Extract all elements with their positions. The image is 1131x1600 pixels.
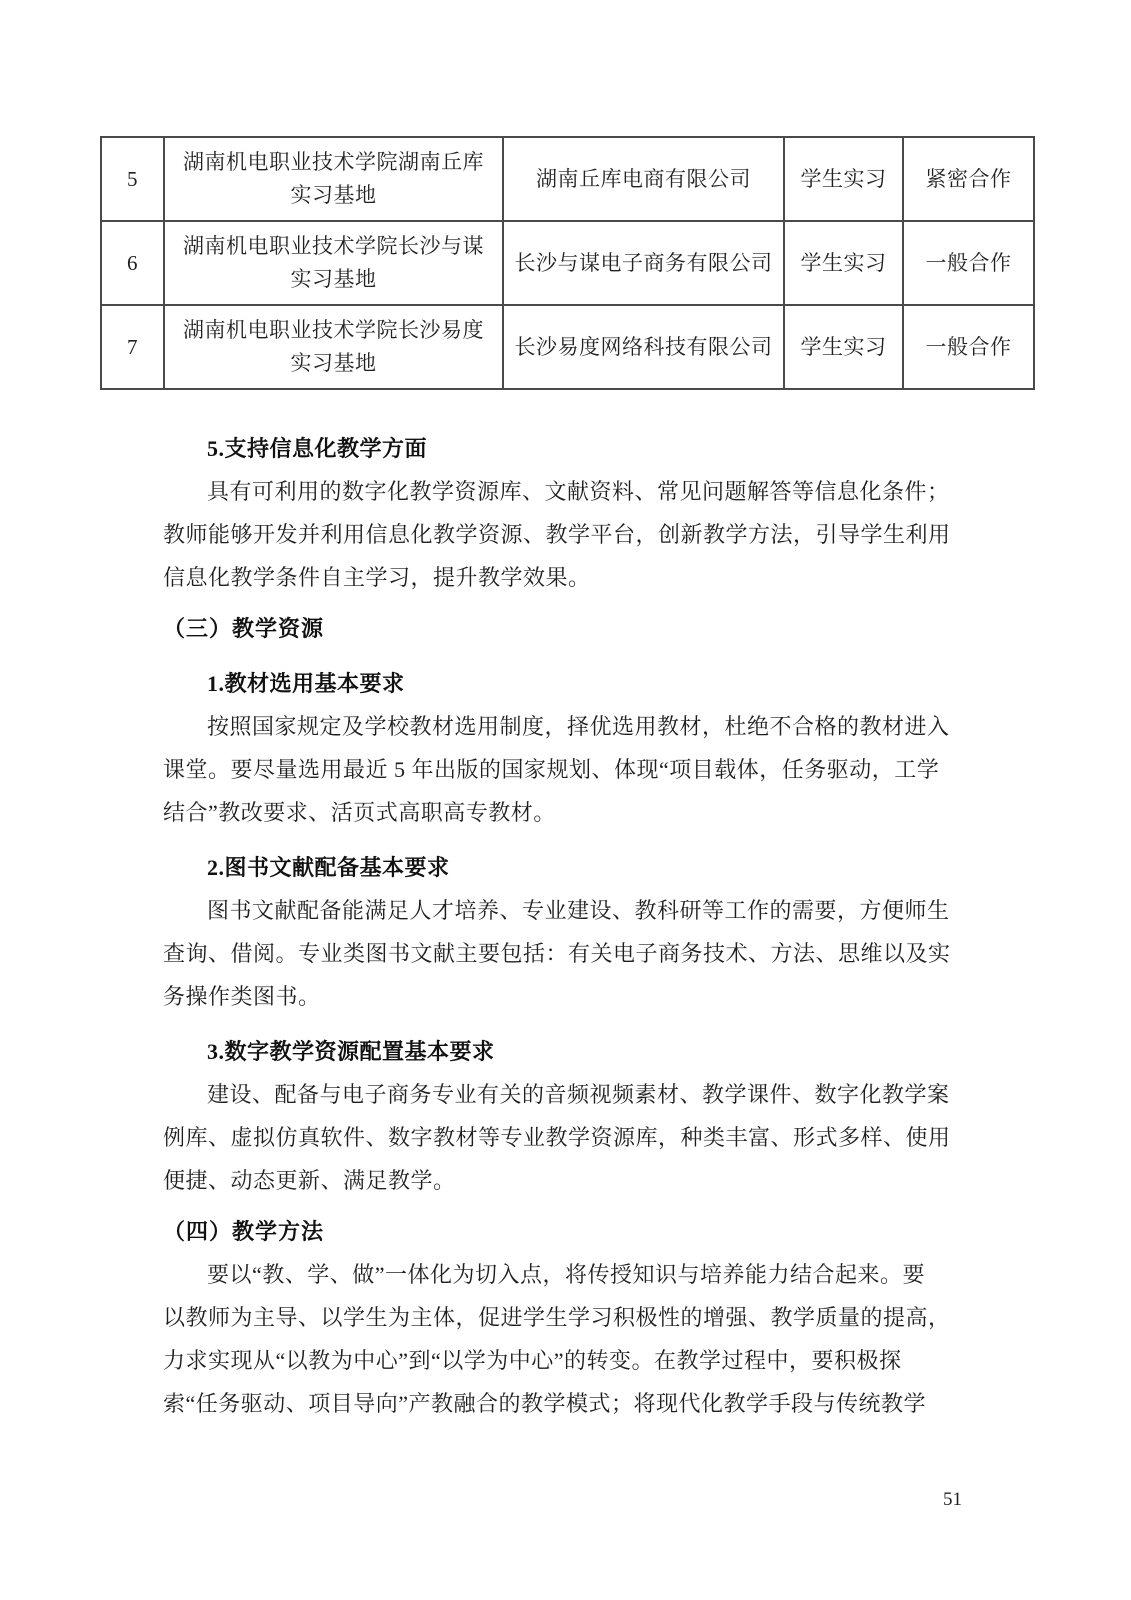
- cell-cooperation-level: 紧密合作: [903, 137, 1034, 221]
- cell-base-name: 湖南机电职业技术学院湖南丘库实习基地: [164, 137, 503, 221]
- text-line: 课堂。要尽量选用最近 5 年出版的国家规划、体现“项目载体，任务驱动，工学: [163, 748, 960, 791]
- paragraph-digital-resources: 建设、配备与电子商务专业有关的音频视频素材、教学课件、数字化教学案 例库、虚拟仿…: [163, 1073, 960, 1202]
- paragraph-textbook-selection: 按照国家规定及学校教材选用制度，择优选用教材，杜绝不合格的教材进入 课堂。要尽量…: [163, 705, 960, 834]
- text-line: 务操作类图书。: [163, 975, 960, 1018]
- heading-library-literature: 2.图书文献配备基本要求: [163, 846, 960, 889]
- table-row: 5 湖南机电职业技术学院湖南丘库实习基地 湖南丘库电商有限公司 学生实习 紧密合…: [101, 137, 1034, 221]
- text-line: 结合”教改要求、活页式高职高专教材。: [163, 791, 960, 834]
- table-row: 6 湖南机电职业技术学院长沙与谋实习基地 长沙与谋电子商务有限公司 学生实习 一…: [101, 221, 1034, 305]
- text-line: 建设、配备与电子商务专业有关的音频视频素材、教学课件、数字化教学案: [163, 1073, 960, 1116]
- cell-base-name: 湖南机电职业技术学院长沙易度实习基地: [164, 305, 503, 389]
- cell-row-number: 7: [101, 305, 164, 389]
- cell-company: 长沙与谋电子商务有限公司: [503, 221, 784, 305]
- heading-textbook-selection: 1.教材选用基本要求: [163, 662, 960, 705]
- table-row: 7 湖南机电职业技术学院长沙易度实习基地 长沙易度网络科技有限公司 学生实习 一…: [101, 305, 1034, 389]
- cell-cooperation-type: 学生实习: [784, 137, 903, 221]
- cell-row-number: 5: [101, 137, 164, 221]
- paragraph-informatization-teaching: 具有可利用的数字化教学资源库、文献资料、常见问题解答等信息化条件； 教师能够开发…: [163, 470, 960, 599]
- text-line: 图书文献配备能满足人才培养、专业建设、教科研等工作的需要，方便师生: [163, 889, 960, 932]
- heading-section-teaching-resources: （三）教学资源: [163, 607, 960, 650]
- text-line: 按照国家规定及学校教材选用制度，择优选用教材，杜绝不合格的教材进入: [163, 705, 960, 748]
- text-line: 力求实现从“以教为中心”到“以学为中心”的转变。在教学过程中，要积极探: [163, 1339, 960, 1382]
- cell-cooperation-type: 学生实习: [784, 305, 903, 389]
- text-line: 便捷、动态更新、满足教学。: [163, 1159, 960, 1202]
- cell-row-number: 6: [101, 221, 164, 305]
- text-line: 教师能够开发并利用信息化教学资源、教学平台，创新教学方法，引导学生利用: [163, 513, 960, 556]
- body-text: 5.支持信息化教学方面 具有可利用的数字化教学资源库、文献资料、常见问题解答等信…: [163, 415, 960, 1425]
- cell-cooperation-level: 一般合作: [903, 305, 1034, 389]
- cell-base-name: 湖南机电职业技术学院长沙与谋实习基地: [164, 221, 503, 305]
- text-line: 查询、借阅。专业类图书文献主要包括：有关电子商务技术、方法、思维以及实: [163, 932, 960, 975]
- cell-cooperation-level: 一般合作: [903, 221, 1034, 305]
- text-line: 以教师为主导、以学生为主体，促进学生学习积极性的增强、教学质量的提高，: [163, 1296, 960, 1339]
- cell-company: 长沙易度网络科技有限公司: [503, 305, 784, 389]
- page-number: 51: [943, 1489, 962, 1511]
- practice-base-table: 5 湖南机电职业技术学院湖南丘库实习基地 湖南丘库电商有限公司 学生实习 紧密合…: [100, 136, 1035, 390]
- text-line: 具有可利用的数字化教学资源库、文献资料、常见问题解答等信息化条件；: [163, 470, 960, 513]
- heading-section-teaching-methods: （四）教学方法: [163, 1210, 960, 1253]
- heading-digital-resources: 3.数字教学资源配置基本要求: [163, 1030, 960, 1073]
- text-line: 例库、虚拟仿真软件、数字教材等专业教学资源库，种类丰富、形式多样、使用: [163, 1116, 960, 1159]
- heading-informatization-teaching: 5.支持信息化教学方面: [163, 427, 960, 470]
- text-line: 信息化教学条件自主学习，提升教学效果。: [163, 556, 960, 599]
- text-line: 索“任务驱动、项目导向”产教融合的教学模式；将现代化教学手段与传统教学: [163, 1382, 960, 1425]
- cell-cooperation-type: 学生实习: [784, 221, 903, 305]
- paragraph-teaching-methods: 要以“教、学、做”一体化为切入点，将传授知识与培养能力结合起来。要 以教师为主导…: [163, 1253, 960, 1425]
- cell-company: 湖南丘库电商有限公司: [503, 137, 784, 221]
- text-line: 要以“教、学、做”一体化为切入点，将传授知识与培养能力结合起来。要: [163, 1253, 960, 1296]
- paragraph-library-literature: 图书文献配备能满足人才培养、专业建设、教科研等工作的需要，方便师生 查询、借阅。…: [163, 889, 960, 1018]
- document-page: 5 湖南机电职业技术学院湖南丘库实习基地 湖南丘库电商有限公司 学生实习 紧密合…: [0, 0, 1131, 1600]
